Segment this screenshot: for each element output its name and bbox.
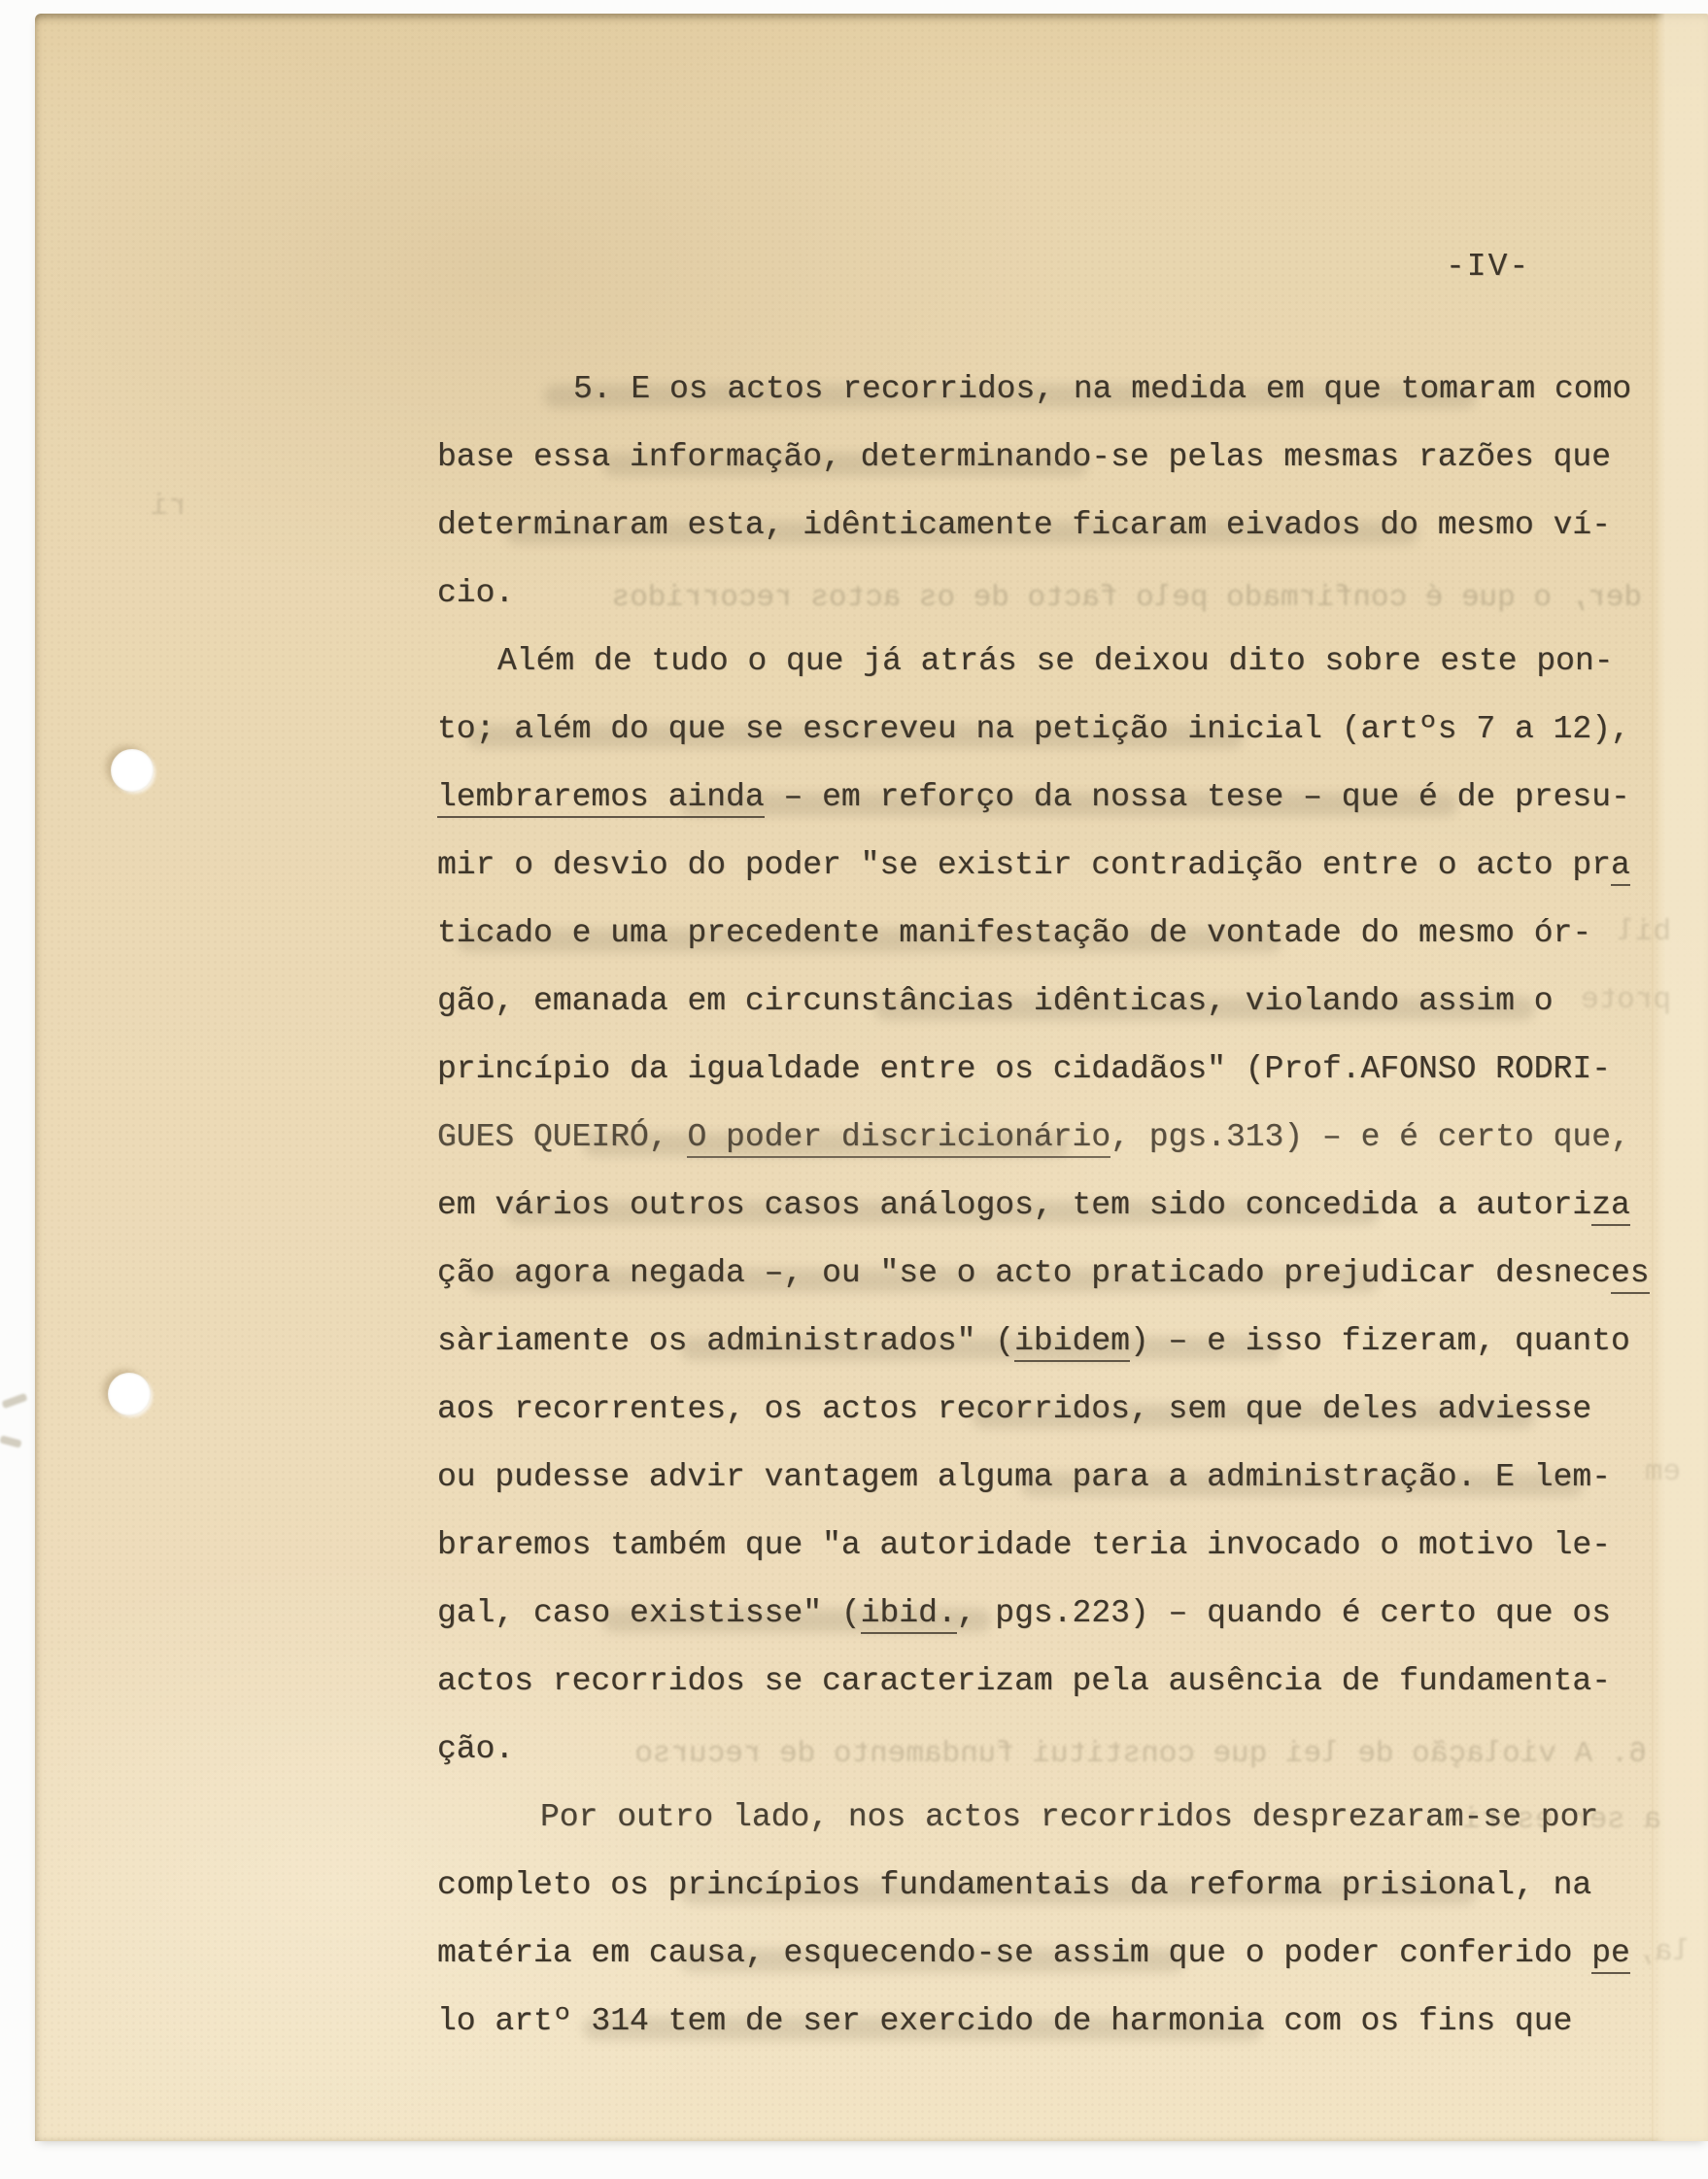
typed-line: determinaram esta, idênticamente ficaram…: [437, 509, 1611, 542]
typed-line: ticado e uma precedente manifestação de …: [437, 917, 1591, 950]
text: braremos também que "a autoridade teria …: [437, 1527, 1611, 1563]
text: 5. E os actos recorridos, na medida em q…: [573, 371, 1631, 407]
text: GUES QUEIRÓ,: [437, 1119, 687, 1155]
typed-line: GUES QUEIRÓ, O poder discricionário, pgs…: [437, 1121, 1630, 1154]
text: gão, emanada em circunstâncias idênticas…: [437, 983, 1554, 1019]
text: determinaram esta, idênticamente ficaram…: [437, 507, 1611, 543]
typed-line: ção.: [437, 1733, 514, 1766]
scanner-bed: -IV- der, o que é confirmado pelo facto …: [0, 0, 1708, 2179]
typed-line: 5. E os actos recorridos, na medida em q…: [573, 373, 1631, 406]
text: actos recorridos se caracterizam pela au…: [437, 1663, 1611, 1699]
text: base essa informação, determinando-se pe…: [437, 439, 1611, 475]
text: princípio da igualdade entre os cidadãos…: [437, 1051, 1611, 1087]
text: – em reforço da nossa tese – que é de pr…: [765, 779, 1630, 815]
punch-hole: [108, 1373, 151, 1415]
typed-line: aos recorrentes, os actos recorridos, se…: [437, 1393, 1591, 1426]
typed-line: completo os princípios fundamentais da r…: [437, 1869, 1591, 1902]
underlined-text: za: [1591, 1187, 1630, 1226]
text: ticado e uma precedente manifestação de …: [437, 915, 1591, 951]
typed-line: em vários outros casos análogos, tem sid…: [437, 1189, 1630, 1222]
text: aos recorrentes, os actos recorridos, se…: [437, 1391, 1591, 1427]
scanned-typewritten-page: { "page": { "number_label": "-IV-" }, "c…: [0, 0, 1708, 2179]
text: matéria em causa, esquecendo-se assim qu…: [437, 1935, 1591, 1971]
mirrored-bleed-through-line: der, o que é confirmado pelo facto de os…: [505, 583, 1642, 614]
text: ção.: [437, 1731, 514, 1767]
typed-line: actos recorridos se caracterizam pela au…: [437, 1665, 1611, 1698]
typed-line: gão, emanada em circunstâncias idênticas…: [437, 985, 1554, 1018]
underlined-text: ibid.: [861, 1595, 957, 1634]
typed-line: gal, caso existisse" (ibid., pgs.223) – …: [437, 1597, 1611, 1630]
underlined-text: O poder discricionário: [687, 1119, 1110, 1158]
stray-mark: [0, 1435, 22, 1447]
text: mir o desvio do poder "se existir contra…: [437, 847, 1611, 883]
underlined-text: pe: [1591, 1935, 1630, 1974]
underlined-text: es: [1611, 1255, 1650, 1294]
text: to; além do que se escreveu na petição i…: [437, 711, 1630, 747]
typed-line: ção agora negada –, ou "se o acto pratic…: [437, 1257, 1650, 1290]
typed-line: to; além do que se escreveu na petição i…: [437, 713, 1630, 746]
text: , pgs.223) – quando é certo que os: [957, 1595, 1611, 1631]
underlined-text: ibidem: [1014, 1323, 1130, 1362]
text: cio.: [437, 575, 514, 611]
text: ) – e isso fizeram, quanto: [1130, 1323, 1630, 1359]
underlined-text: lembraremos ainda: [437, 779, 765, 818]
mirrored-bleed-through-line: 6. A violação de lei que constitui funda…: [529, 1739, 1647, 1770]
stray-mark: [1, 1393, 27, 1409]
typed-line: Por outro lado, nos actos recorridos des…: [540, 1801, 1598, 1834]
punch-hole: [111, 749, 154, 792]
mirrored-bleed-through-line: ri: [109, 492, 187, 523]
typed-line: lembraremos ainda – em reforço da nossa …: [437, 781, 1630, 814]
text: Por outro lado, nos actos recorridos des…: [540, 1799, 1598, 1835]
page-number: -IV-: [1446, 249, 1530, 285]
text: em vários outros casos análogos, tem sid…: [437, 1187, 1591, 1223]
typed-line: cio.: [437, 577, 514, 610]
typed-line: sàriamente os administrados" (ibidem) – …: [437, 1325, 1630, 1358]
text: lo artº 314 tem de ser exercido de harmo…: [437, 2003, 1572, 2039]
typed-line: base essa informação, determinando-se pe…: [437, 441, 1611, 474]
text: , pgs.313) – e é certo que,: [1110, 1119, 1630, 1155]
typed-line: ou pudesse advir vantagem alguma para a …: [437, 1461, 1611, 1494]
typed-line: princípio da igualdade entre os cidadãos…: [437, 1053, 1611, 1086]
text: gal, caso existisse" (: [437, 1595, 861, 1631]
typed-line: Além de tudo o que já atrás se deixou di…: [497, 645, 1614, 678]
typed-line: mir o desvio do poder "se existir contra…: [437, 849, 1630, 882]
text: completo os princípios fundamentais da r…: [437, 1867, 1591, 1903]
typed-line: matéria em causa, esquecendo-se assim qu…: [437, 1937, 1630, 1970]
text: ção agora negada –, ou "se o acto pratic…: [437, 1255, 1611, 1291]
text: Além de tudo o que já atrás se deixou di…: [497, 643, 1614, 679]
typed-line: lo artº 314 tem de ser exercido de harmo…: [437, 2005, 1572, 2038]
typed-line: braremos também que "a autoridade teria …: [437, 1529, 1611, 1562]
text: ou pudesse advir vantagem alguma para a …: [437, 1459, 1611, 1495]
underlined-text: a: [1611, 847, 1630, 886]
text: sàriamente os administrados" (: [437, 1323, 1014, 1359]
